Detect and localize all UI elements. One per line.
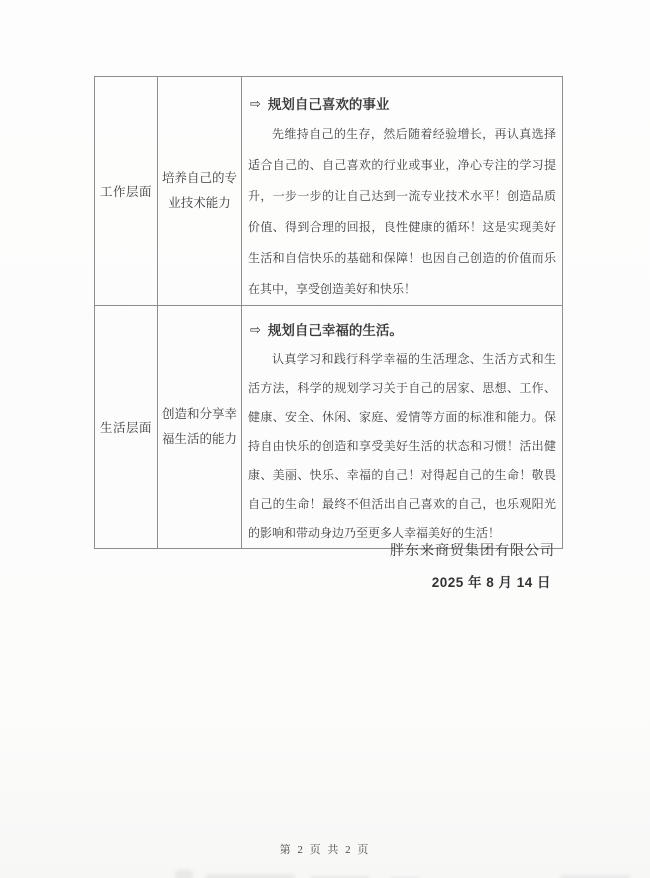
ability-cell-work: 培养自己的专业技术能力 [158, 77, 242, 306]
table-row-work: 工作层面 培养自己的专业技术能力 ⇨规划自己喜欢的事业 先维持自己的生存，然后随… [95, 77, 563, 306]
ability-cell-life: 创造和分享幸福生活的能力 [158, 306, 242, 549]
cutoff-watermark [0, 868, 650, 878]
watermark-smudge [205, 874, 295, 878]
watermark-smudge [175, 870, 193, 878]
right-arrow-icon: ⇨ [250, 323, 261, 338]
right-arrow-icon: ⇨ [250, 97, 261, 112]
company-name: 胖东来商贸集团有限公司 [390, 540, 555, 560]
document-page: 工作层面 培养自己的专业技术能力 ⇨规划自己喜欢的事业 先维持自己的生存，然后随… [0, 0, 650, 878]
detail-body-life: 认真学习和践行科学幸福的生活理念、生活方式和生活方法，科学的规划学习关于自己的居… [248, 345, 556, 548]
plan-table: 工作层面 培养自己的专业技术能力 ⇨规划自己喜欢的事业 先维持自己的生存，然后随… [94, 76, 563, 549]
table-row-life: 生活层面 创造和分享幸福生活的能力 ⇨规划自己幸福的生活。 认真学习和践行科学幸… [95, 306, 563, 549]
signature-date: 2025 年 8 月 14 日 [390, 571, 555, 591]
detail-heading-text-work: 规划自己喜欢的事业 [268, 97, 390, 112]
detail-heading-life: ⇨规划自己幸福的生活。 [248, 319, 556, 339]
page-number-footer: 第 2 页 共 2 页 [0, 841, 650, 857]
detail-body-work: 先维持自己的生存，然后随着经验增长，再认真选择适合自己的、自己喜欢的行业或事业，… [248, 119, 556, 305]
category-cell-work: 工作层面 [95, 77, 158, 306]
signature-block: 胖东来商贸集团有限公司 2025 年 8 月 14 日 [390, 540, 555, 591]
detail-cell-life: ⇨规划自己幸福的生活。 认真学习和践行科学幸福的生活理念、生活方式和生活方法，科… [242, 306, 563, 549]
detail-cell-work: ⇨规划自己喜欢的事业 先维持自己的生存，然后随着经验增长，再认真选择适合自己的、… [242, 77, 563, 306]
detail-heading-work: ⇨规划自己喜欢的事业 [248, 93, 556, 113]
category-cell-life: 生活层面 [95, 306, 158, 549]
detail-heading-text-life: 规划自己幸福的生活。 [268, 323, 403, 338]
